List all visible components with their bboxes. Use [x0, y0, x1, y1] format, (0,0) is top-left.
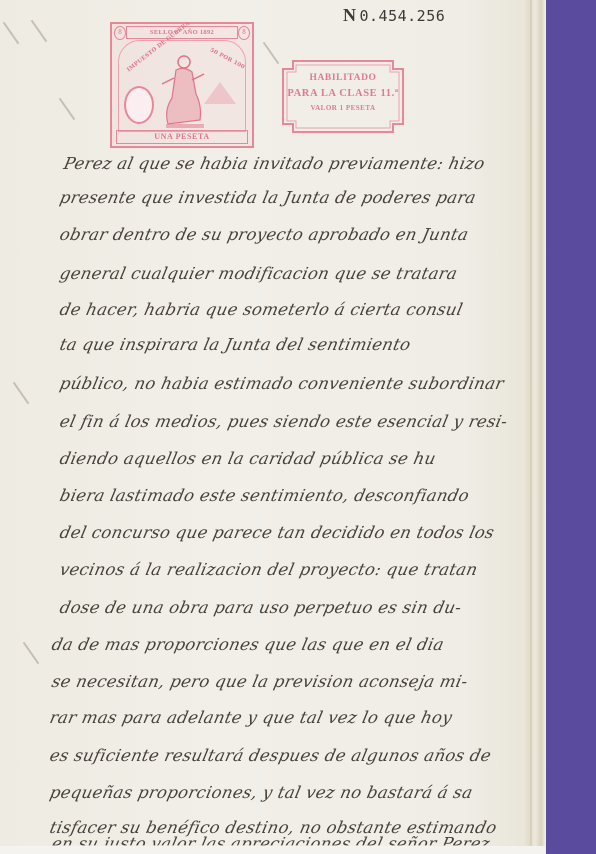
fold-line	[530, 0, 532, 854]
text-line: presente que investida la Junta de poder…	[58, 188, 478, 207]
bleed-through-stroke	[263, 42, 280, 64]
text-line: diendo aquellos en la caridad pública se…	[58, 449, 438, 468]
manuscript-page: 8 8 SELLO 8º AÑO 1892 IMPUESTO DE GUERRA…	[0, 0, 545, 854]
cachet-line-3: VALOR 1 PESETA	[281, 101, 405, 115]
text-line: de hacer, habria que someterlo á cierta …	[58, 300, 465, 319]
text-line: se necesitan, pero que la prevision acon…	[50, 672, 470, 691]
text-line: dose de una obra para uso perpetuo es si…	[58, 598, 463, 617]
stamp-mountain-icon	[204, 82, 236, 104]
serial-value: 0.454.256	[360, 7, 446, 25]
serial-number: N0.454.256	[343, 5, 445, 26]
cachet-line-2: PARA LA CLASE 11.ª	[281, 86, 405, 101]
cachet-line-1: HABILITADO	[281, 71, 405, 86]
revenue-stamp: 8 8 SELLO 8º AÑO 1892 IMPUESTO DE GUERRA…	[110, 22, 254, 148]
text-line: ta que inspirara la Junta del sentimient…	[58, 335, 413, 354]
bleed-through-stroke	[3, 22, 20, 44]
stamp-corner-right: 8	[238, 26, 250, 40]
text-line: el fin á los medios, pues siendo este es…	[58, 412, 509, 431]
page-edge-binding	[522, 0, 546, 854]
text-line: es suficiente resultará despues de algun…	[48, 746, 493, 765]
text-line: biera lastimado este sentimiento, descon…	[58, 486, 471, 505]
stamp-value-text: UNA PESETA	[116, 130, 248, 144]
text-line: general cualquier modificacion que se tr…	[58, 264, 459, 283]
habilitado-cachet: HABILITADO PARA LA CLASE 11.ª VALOR 1 PE…	[281, 59, 405, 134]
page-bottom-edge	[0, 846, 545, 854]
text-line: vecinos á la realizacion del proyecto: q…	[58, 560, 480, 579]
bleed-through-stroke	[31, 20, 48, 42]
bleed-through-stroke	[59, 98, 76, 120]
serial-prefix: N	[343, 5, 357, 25]
stamp-corner-left: 8	[114, 26, 126, 40]
text-line: rar mas para adelante y que tal vez lo q…	[48, 708, 454, 727]
text-line: obrar dentro de su proyecto aprobado en …	[58, 225, 470, 244]
seated-allegorical-figure-icon	[156, 54, 208, 130]
bleed-through-stroke	[23, 642, 40, 664]
text-line: del concurso que parece tan decidido en …	[58, 523, 496, 542]
text-line: pequeñas proporciones, y tal vez no bast…	[48, 783, 475, 802]
stamp-oval-medallion	[124, 86, 154, 124]
text-line: Perez al que se habia invitado previamen…	[62, 154, 487, 173]
bleed-through-stroke	[13, 382, 30, 404]
text-line: público, no habia estimado conveniente s…	[58, 374, 506, 393]
text-line: da de mas proporciones que las que en el…	[50, 635, 446, 654]
